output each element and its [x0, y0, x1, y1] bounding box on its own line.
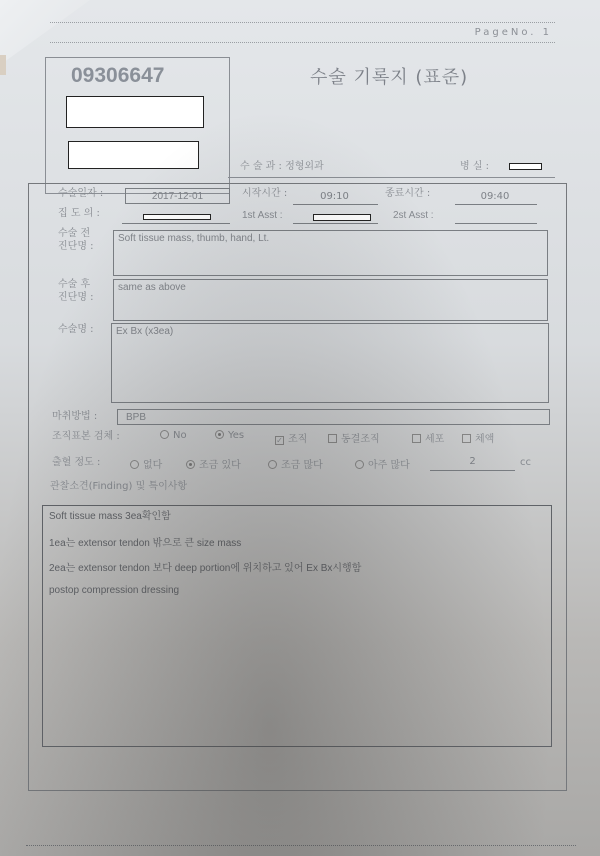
anesthesia-field[interactable]: BPB [117, 409, 550, 425]
document-title: 수술 기록지 (표준) [310, 63, 468, 89]
specimen-yes-label: Yes [228, 430, 244, 441]
header-divider [228, 177, 555, 178]
bleeding-radio-much[interactable]: 아주 많다 [355, 456, 410, 471]
start-time-underline [293, 204, 378, 205]
redacted-first-asst [313, 214, 371, 221]
bleeding-radio-some[interactable]: 조금 많다 [268, 456, 323, 471]
procedure-label: 수술명 : [58, 322, 94, 337]
specimen-check-fluid[interactable]: 체액 [462, 430, 494, 445]
findings-label: 관찰소견(Finding) 및 특이사항 [50, 479, 187, 494]
specimen-radio-no[interactable]: No [160, 430, 187, 441]
bleeding-unit: cc [520, 457, 531, 468]
header-dotted-line [50, 22, 555, 23]
surgeon-underline [122, 223, 230, 224]
radio-icon [130, 460, 139, 469]
surgeon-label: 집 도 의 : [58, 206, 100, 221]
redacted-patient-name [66, 96, 204, 128]
surgery-date-label: 수술일자 : [58, 186, 103, 201]
bleeding-amount-underline [430, 470, 515, 471]
bleeding-radio-none[interactable]: 없다 [130, 456, 162, 471]
preop-diagnosis-field[interactable]: Soft tissue mass, thumb, hand, Lt. [113, 230, 548, 276]
radio-icon [268, 460, 277, 469]
patient-id-box: 09306647 [45, 57, 230, 194]
checkbox-icon [328, 434, 337, 443]
surgery-date-field[interactable]: 2017-12-01 [125, 188, 230, 204]
redacted-ward [509, 163, 542, 170]
frozen-label: 동결조직 [341, 434, 380, 445]
bleeding-radio-little[interactable]: 조금 있다 [186, 456, 241, 471]
radio-icon [160, 430, 169, 439]
redacted-surgeon [143, 214, 211, 220]
specimen-check-tissue[interactable]: ✓조직 [275, 430, 307, 445]
bleeding-label: 출혈 정도 : [52, 455, 100, 470]
ward-label: 병 실 : [460, 157, 489, 172]
end-time-label: 종료시간 : [385, 186, 430, 201]
end-time-value[interactable]: 09:40 [455, 191, 535, 202]
background-edge [0, 55, 6, 75]
radio-selected-icon [215, 430, 224, 439]
second-asst-label: 2st Asst : [393, 208, 434, 223]
bleeding-much-label: 아주 많다 [368, 460, 410, 471]
radio-selected-icon [186, 460, 195, 469]
bleeding-amount[interactable]: 2 [430, 456, 515, 467]
end-time-underline [455, 204, 537, 205]
first-asst-underline [293, 223, 378, 224]
preop-diagnosis-label-2: 진단명 : [58, 239, 94, 254]
finding-line: 2ea는 extensor tendon 보다 deep portion에 위치… [49, 559, 361, 574]
redacted-patient-info [68, 141, 199, 169]
patient-id-number: 09306647 [71, 64, 164, 88]
specimen-no-label: No [173, 430, 187, 441]
bleeding-none-label: 없다 [143, 460, 162, 471]
bleeding-some-label: 조금 많다 [281, 460, 323, 471]
start-time-value[interactable]: 09:10 [292, 191, 377, 202]
second-asst-underline [455, 223, 537, 224]
start-time-label: 시작시간 : [242, 186, 287, 201]
specimen-check-frozen[interactable]: 동결조직 [328, 430, 380, 445]
checkbox-icon [412, 434, 421, 443]
finding-line: Soft tissue mass 3ea확인함 [49, 507, 171, 522]
bleeding-little-label: 조금 있다 [199, 460, 241, 471]
radio-icon [355, 460, 364, 469]
header-dotted-line [50, 42, 555, 43]
finding-line: postop compression dressing [49, 585, 179, 596]
footer-dotted-line [26, 845, 576, 846]
cell-label: 세포 [425, 434, 444, 445]
first-asst-label: 1st Asst : [242, 208, 283, 223]
procedure-field[interactable]: Ex Bx (x3ea) [111, 323, 549, 403]
checkbox-icon [462, 434, 471, 443]
specimen-label: 조직표본 검체 : [52, 429, 120, 444]
finding-line: 1ea는 extensor tendon 밖으로 큰 size mass [49, 534, 241, 549]
page-fold-corner [0, 0, 90, 65]
anesthesia-label: 마취방법 : [52, 409, 97, 424]
tissue-label: 조직 [288, 434, 307, 445]
department-label: 수 술 과 : 정형외과 [240, 157, 324, 172]
fluid-label: 체액 [475, 434, 494, 445]
checkbox-checked-icon: ✓ [275, 436, 284, 445]
postop-diagnosis-field[interactable]: same as above [113, 279, 548, 321]
findings-box[interactable]: Soft tissue mass 3ea확인함 1ea는 extensor te… [42, 505, 552, 747]
page-number: PageNo. 1 [475, 27, 552, 38]
specimen-radio-yes[interactable]: Yes [215, 430, 244, 441]
postop-diagnosis-label-2: 진단명 : [58, 290, 94, 305]
specimen-check-cell[interactable]: 세포 [412, 430, 444, 445]
